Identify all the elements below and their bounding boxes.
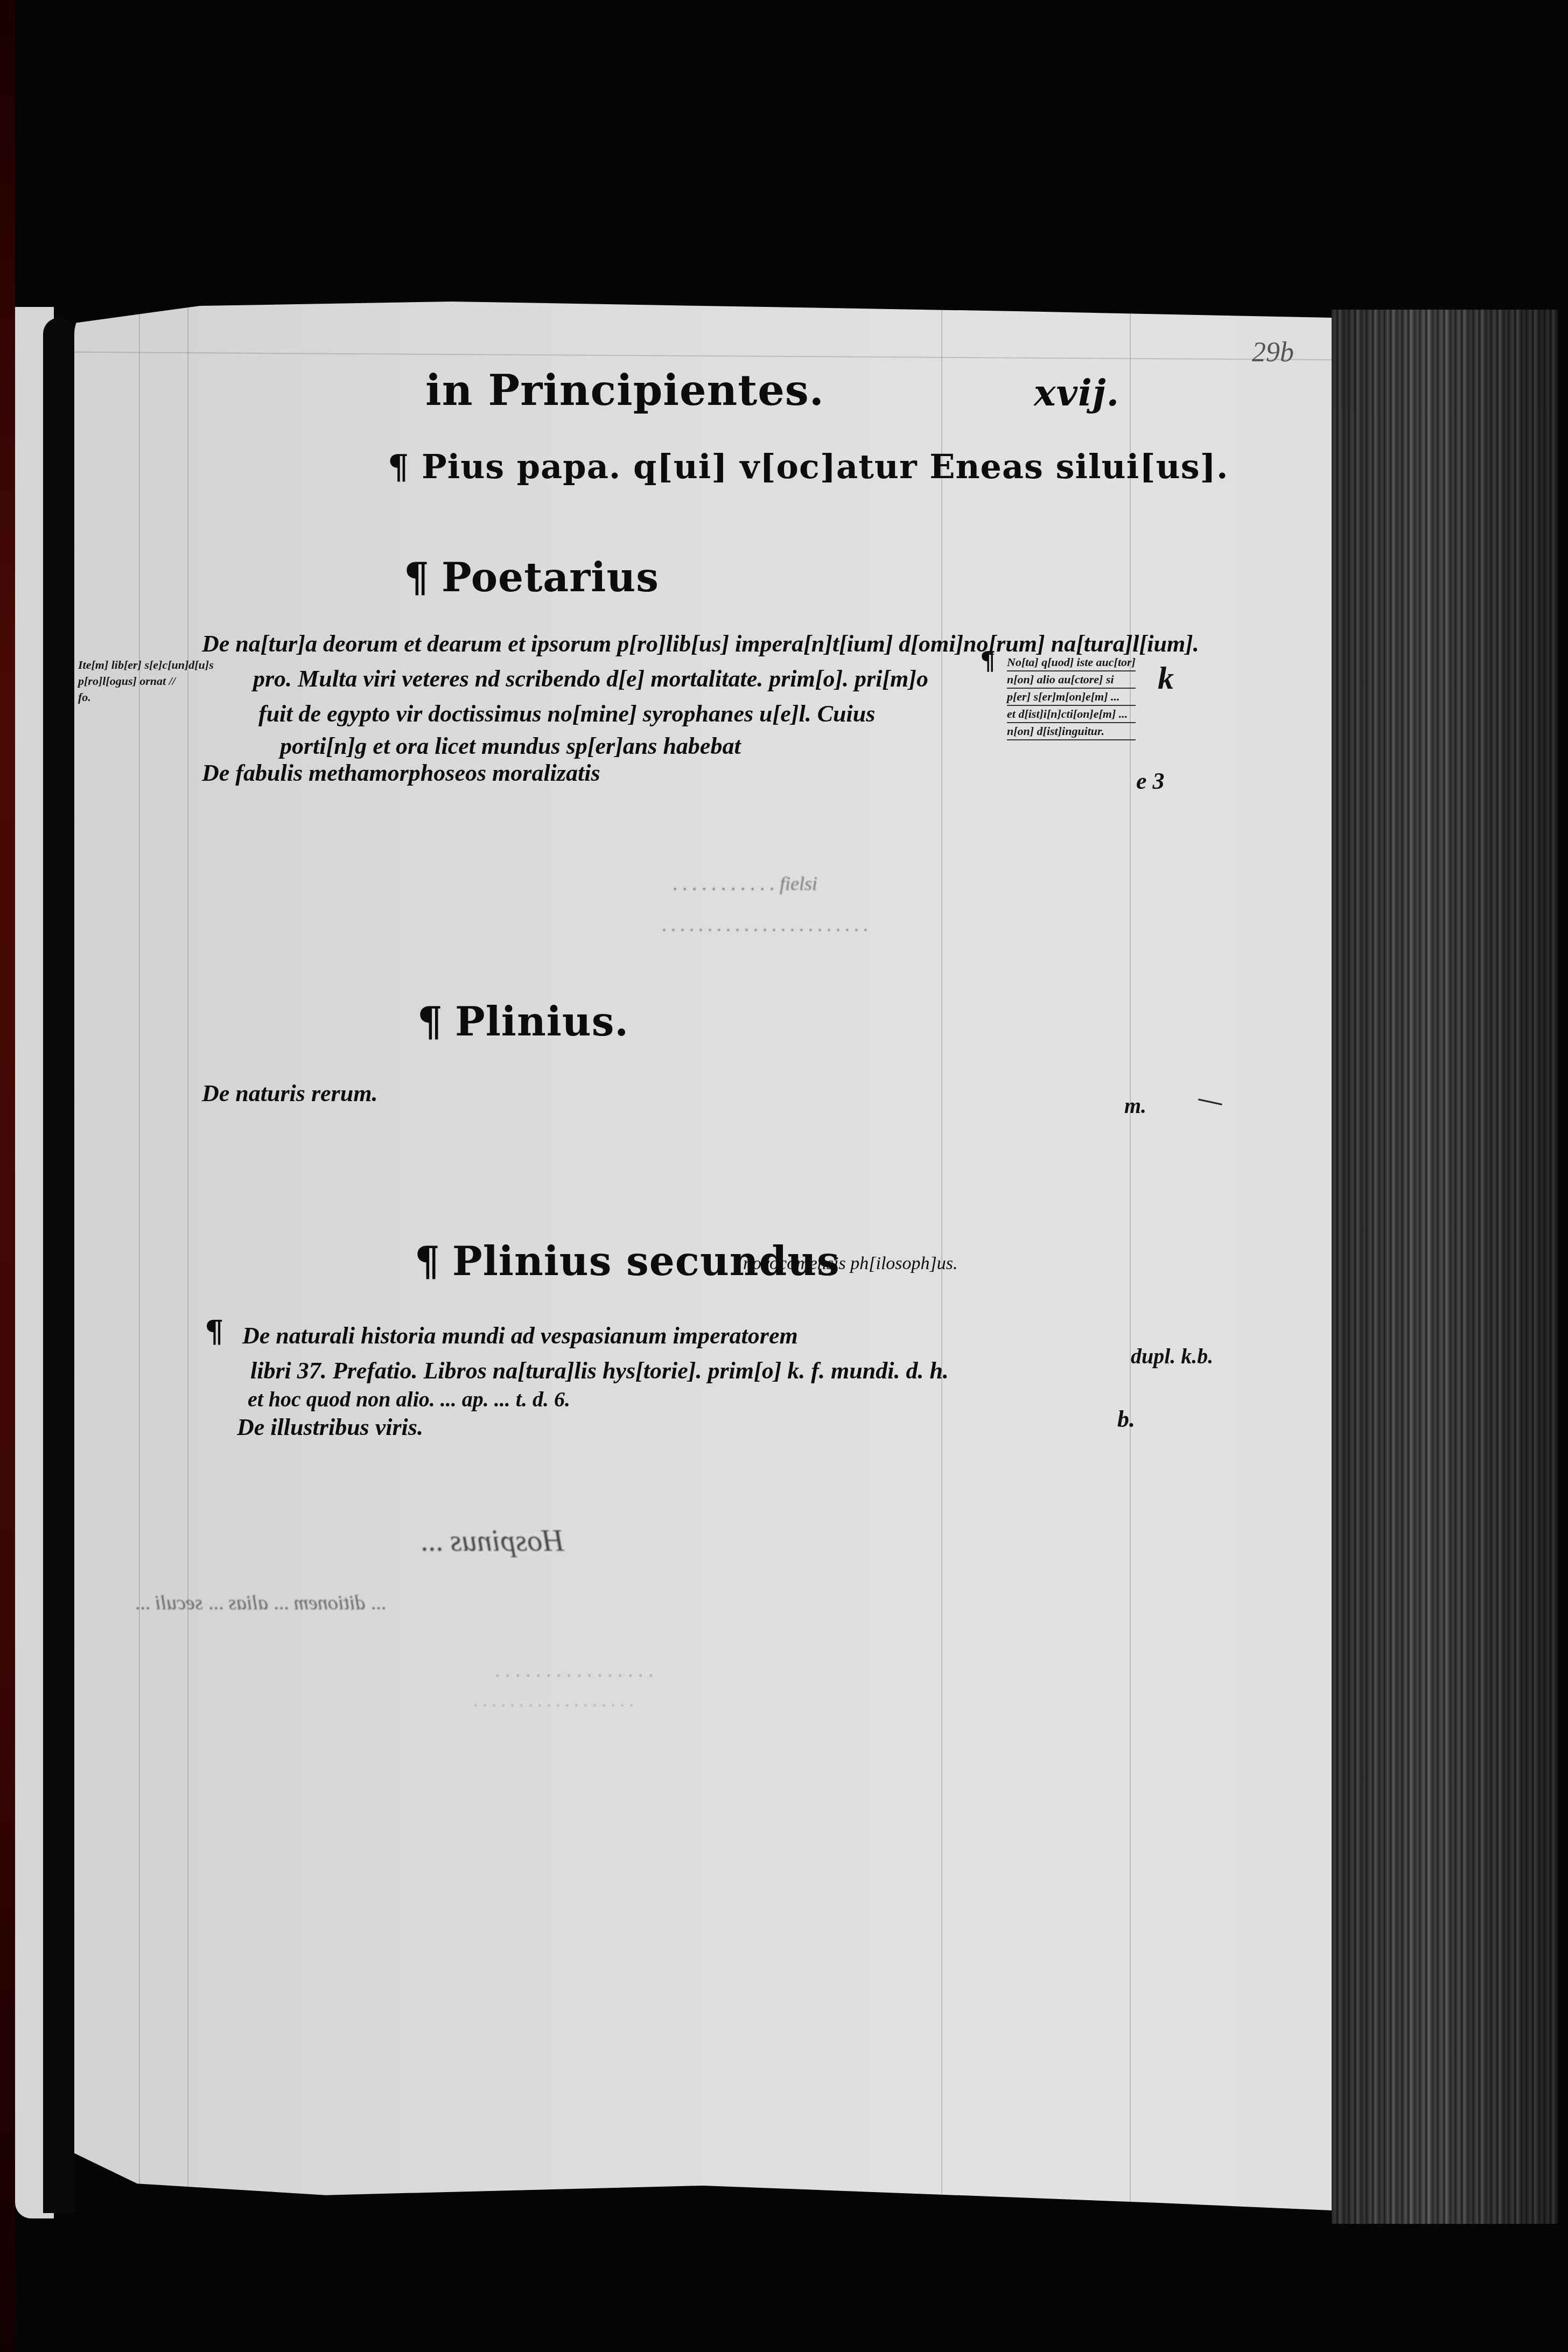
bleed-through-text: . . . . . . . . . . . . . . . . bbox=[495, 1658, 654, 1682]
binding-edge-strip bbox=[0, 0, 15, 2352]
entry-line: pro. Multa viri veteres nd scribendo d[e… bbox=[253, 665, 928, 692]
margin-note-line: p[ro]l[ogus] ornat // bbox=[78, 673, 214, 689]
bleed-through-line: ... ditionem ... alias ... seculi ... bbox=[135, 1591, 386, 1615]
pilcrow-icon: ¶ bbox=[404, 555, 430, 601]
bleed-through-text: . . . . . . . . . . . . . . . . . . bbox=[474, 1691, 634, 1711]
entry-line: De fabulis methamorphoseos moralizatis bbox=[202, 759, 600, 787]
ruling-line bbox=[139, 302, 140, 2210]
entry-line: libri 37. Prefatio. Libros na[tura]lis h… bbox=[250, 1357, 949, 1384]
bleed-through-text: . . . . . . . . . . . . . . . . . . . . … bbox=[662, 915, 869, 936]
pilcrow-icon: ¶ bbox=[205, 1314, 225, 1349]
section-heading-poetarius: ¶Poetarius bbox=[404, 555, 659, 601]
shelfmark: b. bbox=[1117, 1405, 1135, 1433]
bleed-through-text: . . . . . . . . . . . fielsi bbox=[673, 872, 817, 895]
book-gutter bbox=[43, 318, 75, 2213]
entry-line: fuit de egypto vir doctissimus no[mine] … bbox=[258, 700, 875, 727]
margin-note-line: Ite[m] lib[er] s[e]c[un]d[u]s bbox=[78, 657, 214, 673]
fore-edge-shadow bbox=[1332, 310, 1558, 2224]
bleed-through-heading: Hospinus ... bbox=[420, 1524, 564, 1558]
author-heading-pius: ¶ Pius papa. q[ui] v[oc]atur Eneas silui… bbox=[388, 447, 1229, 486]
entry-line: De naturis rerum. bbox=[202, 1080, 377, 1107]
entry-line: De naturali historia mundi ad vespasianu… bbox=[242, 1322, 798, 1349]
running-head-number: xvij. bbox=[1034, 372, 1119, 415]
ruling-line bbox=[74, 352, 1332, 360]
margin-note-line: et d[ist]i[n]cti[on]e[m] ... bbox=[1007, 706, 1136, 723]
folio-number: 29b bbox=[1252, 337, 1294, 368]
shelfmark: dupl. k.b. bbox=[1131, 1343, 1213, 1369]
margin-note-right: No[ta] q[uod] iste auc[tor] n[on] alio a… bbox=[1007, 654, 1136, 740]
margin-note-line: fo. bbox=[78, 689, 214, 705]
margin-note-line: p[er] s[er]m[on]e[m] ... bbox=[1007, 689, 1136, 706]
shelfmark: k bbox=[1158, 660, 1174, 697]
entry-line: et hoc quod non alio. ... ap. ... t. d. … bbox=[248, 1387, 570, 1412]
margin-note-line: n[on] d[ist]inguitur. bbox=[1007, 723, 1136, 740]
pilcrow-icon: ¶ bbox=[417, 999, 443, 1045]
section-heading-text: Plinius. bbox=[455, 999, 629, 1045]
entry-line: De illustribus viris. bbox=[237, 1413, 423, 1441]
ruling-line bbox=[187, 302, 188, 2210]
margin-note-line: No[ta] q[uod] iste auc[tor] bbox=[1007, 654, 1136, 671]
section-heading-plinius: ¶Plinius. bbox=[417, 999, 629, 1045]
running-head-title: in Principientes. bbox=[425, 366, 824, 415]
section-subheading: novocomensis ph[ilosoph]us. bbox=[743, 1254, 958, 1274]
entry-line: porti[n]g et ora licet mundus sp[er]ans … bbox=[280, 732, 741, 760]
shelfmark: m. bbox=[1124, 1093, 1146, 1118]
ruling-line bbox=[1130, 302, 1131, 2210]
margin-note-left: Ite[m] lib[er] s[e]c[un]d[u]s p[ro]l[ogu… bbox=[78, 657, 214, 705]
pilcrow-icon: ¶ bbox=[980, 646, 996, 675]
margin-note-line: n[on] alio au[ctore] si bbox=[1007, 671, 1136, 689]
shelfmark: e 3 bbox=[1136, 767, 1165, 795]
section-heading-text: Poetarius bbox=[442, 555, 659, 601]
pilcrow-icon: ¶ bbox=[415, 1238, 440, 1285]
entry-line: De na[tur]a deorum et dearum et ipsorum … bbox=[202, 630, 1199, 657]
